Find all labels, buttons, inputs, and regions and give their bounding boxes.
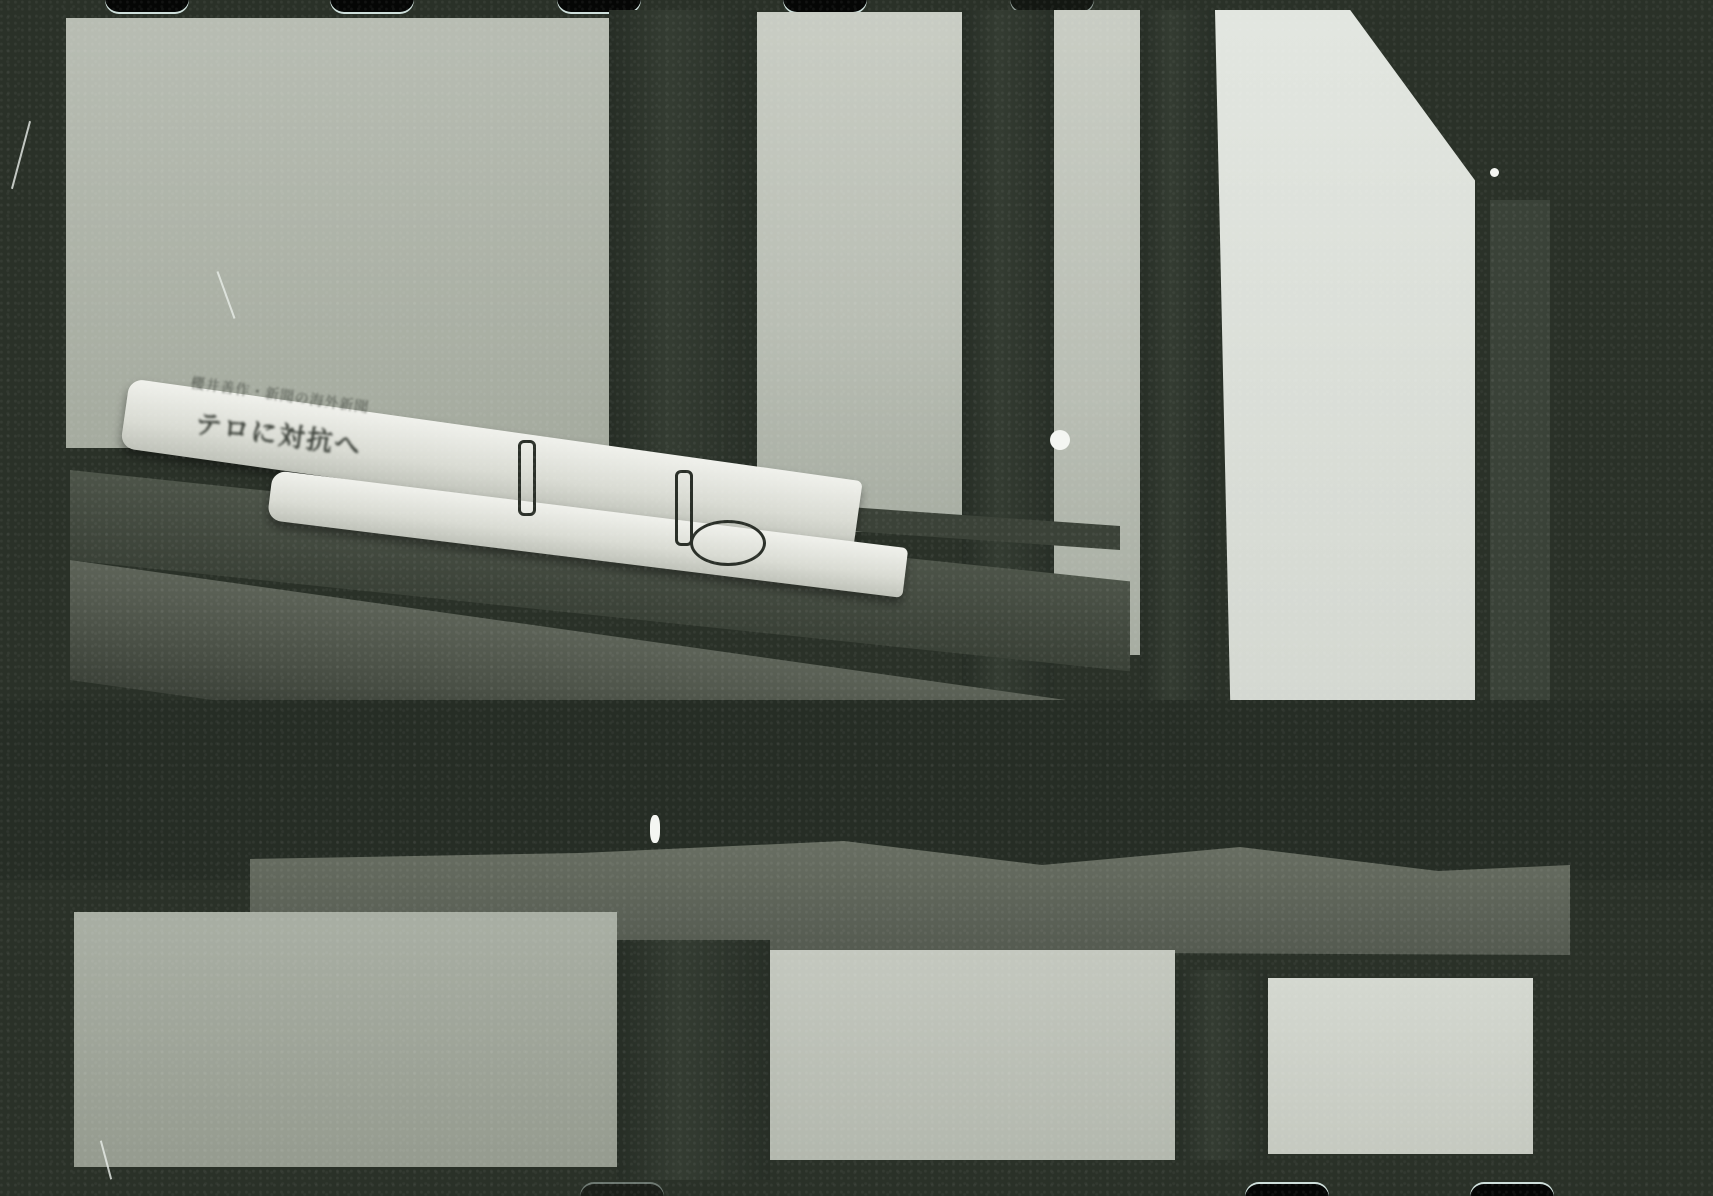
sprocket-hole bbox=[105, 0, 189, 12]
sprocket-hole bbox=[1245, 1184, 1329, 1196]
film-photograph: テロに対抗へ 櫻井善作・新聞の海外新聞 bbox=[0, 0, 1713, 1196]
light-speck bbox=[1490, 168, 1499, 177]
sprocket-hole bbox=[580, 1184, 664, 1196]
film-scratch bbox=[11, 121, 31, 189]
wooden-post bbox=[1140, 10, 1215, 710]
wooden-post bbox=[1490, 200, 1550, 760]
wall-panel bbox=[757, 12, 962, 532]
string-tie bbox=[675, 470, 693, 546]
string-loop bbox=[690, 520, 766, 566]
string-tie bbox=[518, 440, 536, 516]
wall-panel bbox=[1215, 10, 1475, 720]
wooden-post bbox=[609, 10, 757, 480]
sprocket-hole bbox=[1470, 1184, 1554, 1196]
wooden-post bbox=[1175, 970, 1268, 1160]
sprocket-hole bbox=[330, 0, 414, 12]
light-speck bbox=[1050, 430, 1070, 450]
wall-panel bbox=[1268, 978, 1533, 1154]
wall-panel bbox=[770, 950, 1175, 1160]
sprocket-hole bbox=[783, 0, 867, 12]
light-speck bbox=[650, 815, 660, 843]
wooden-post bbox=[617, 940, 770, 1180]
wall-panel bbox=[74, 912, 617, 1167]
